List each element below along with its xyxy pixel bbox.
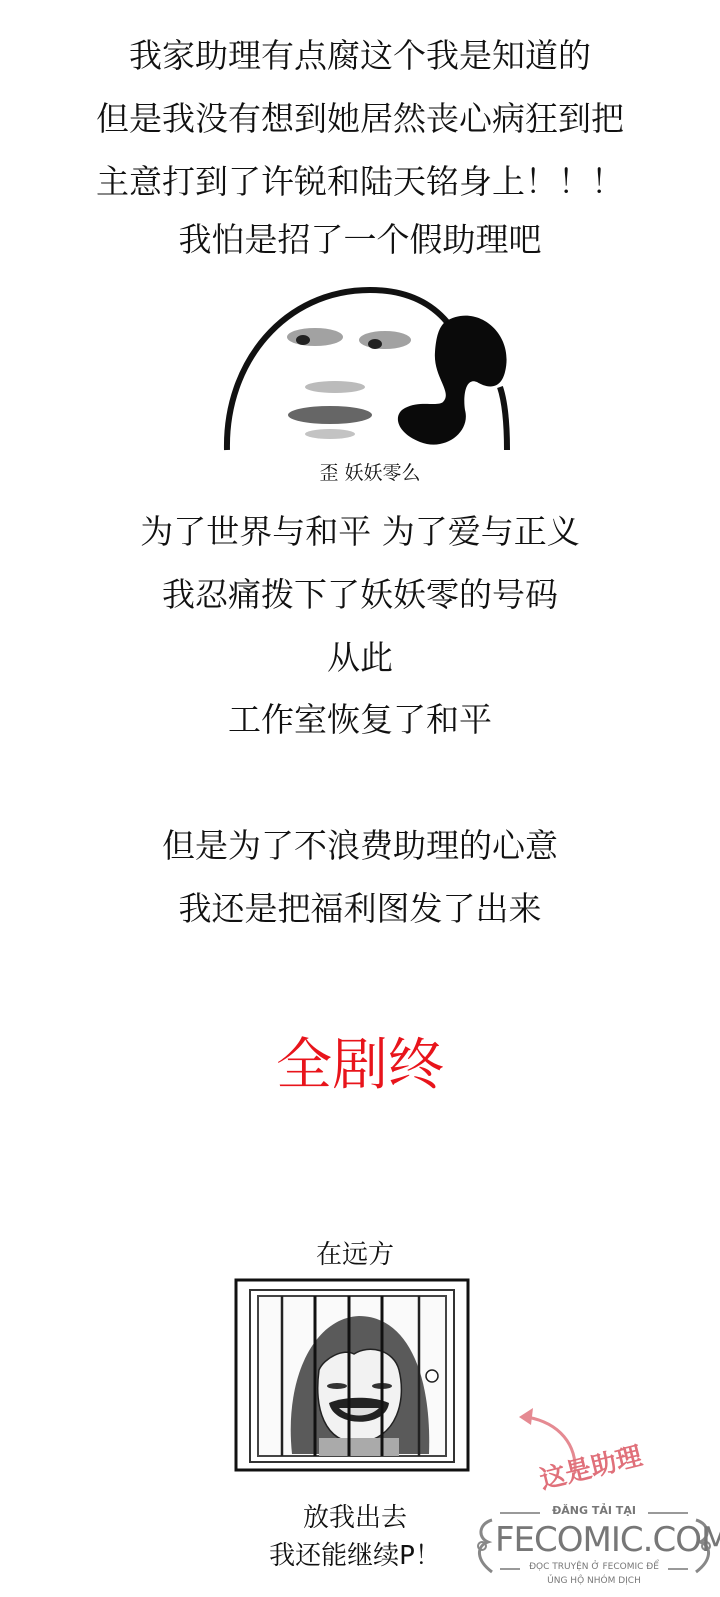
intro-line-1: 我家助理有点腐这个我是知道的 [0, 36, 720, 76]
jail-top-caption: 在远方 [230, 1234, 480, 1271]
jail-bottom-line-2: 我还能继续P！ [230, 1535, 480, 1572]
phone-meme-caption: 歪 妖妖零么 [215, 458, 525, 485]
middle-line-2: 我忍痛拨下了妖妖零的号码 [0, 575, 720, 615]
intro-line-4: 我怕是招了一个假助理吧 [0, 220, 720, 260]
middle-line-1: 为了世界与和平 为了爱与正义 [0, 512, 720, 552]
closing-line-2: 我还是把福利图发了出来 [0, 889, 720, 929]
telephone-face-meme-icon [215, 282, 525, 462]
intro-line-3: 主意打到了许锐和陆天铭身上！！！ [0, 162, 720, 202]
watermark-line-2: ỦNG HỘ NHÓM DỊCH [500, 1576, 688, 1586]
watermark-brand: FECOMIC.COM [495, 1520, 693, 1560]
watermark-line-1: ĐỌC TRUYỆN Ở FECOMIC ĐỂ [500, 1562, 688, 1572]
watermark: ĐĂNG TẢI TẠI FECOMIC.COM ĐỌC TRUYỆN Ở FE… [470, 1498, 720, 1597]
ending-title: 全剧终 [0, 1034, 720, 1098]
jail-bars-meme-icon [234, 1278, 474, 1478]
phone-meme: 歪 妖妖零么 [215, 282, 525, 462]
middle-line-3: 从此 [0, 638, 720, 678]
closing-line-1: 但是为了不浪费助理的心意 [0, 826, 720, 866]
jail-bottom-line-1: 放我出去 [230, 1497, 480, 1534]
watermark-top: ĐĂNG TẢI TẠI [500, 1504, 688, 1517]
intro-line-2: 但是我没有想到她居然丧心病狂到把 [0, 99, 720, 139]
middle-line-4: 工作室恢复了和平 [0, 700, 720, 740]
